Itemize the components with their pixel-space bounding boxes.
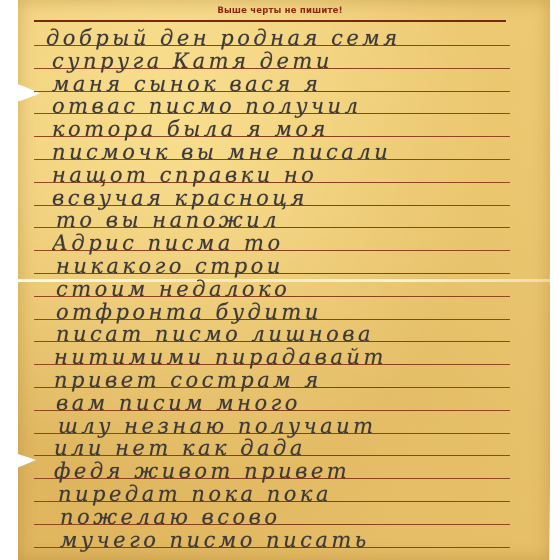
scanned-letter: Выше черты не пишите! добрый ден родная … <box>0 0 560 560</box>
printed-header: Выше черты не пишите! <box>0 6 560 16</box>
header-rule <box>34 20 506 22</box>
handwritten-line: мучего писмо писать <box>60 527 560 553</box>
